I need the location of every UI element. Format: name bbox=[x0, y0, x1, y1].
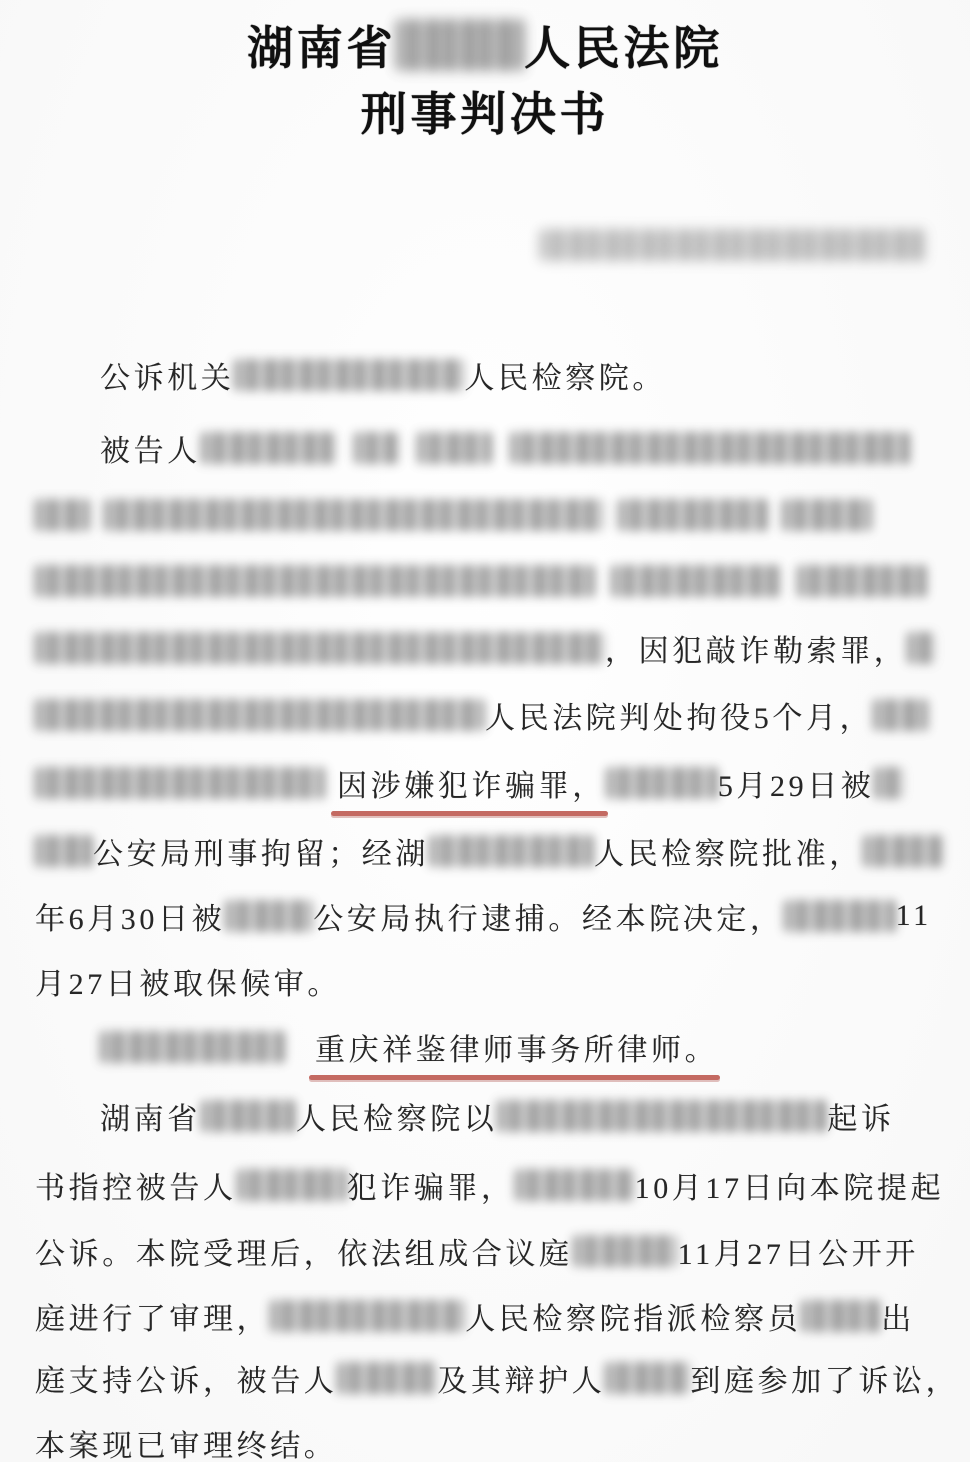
redacted-blur-block bbox=[573, 1235, 678, 1267]
indictment-line-3: 公诉。本院受理后，依法组成合议庭11月27日公开开 bbox=[35, 1228, 919, 1274]
redacted-blur-block bbox=[540, 229, 925, 261]
defendant-line-5: 人民法院判处拘役5个月， bbox=[35, 692, 928, 738]
text-segment: 人民检察院以 bbox=[296, 1094, 498, 1138]
spacer bbox=[768, 515, 782, 516]
indictment-line-1: 湖南省人民检察院以起诉 bbox=[100, 1093, 895, 1139]
spacer bbox=[595, 581, 611, 582]
text-segment: 11月27日公开开 bbox=[678, 1229, 919, 1273]
redacted-blur-block bbox=[35, 632, 605, 664]
indictment-line-4: 庭进行了审理，人民检察院指派检察员出 bbox=[35, 1293, 915, 1339]
defendant-line-8: 年6月30日被公安局执行逮捕。经本院决定，11 bbox=[35, 893, 932, 939]
redacted-blur-block bbox=[337, 1362, 437, 1394]
text-segment: 湖南省 bbox=[247, 12, 396, 78]
text-segment: 人民检察院批准， bbox=[594, 829, 863, 873]
redacted-blur-block bbox=[497, 1100, 827, 1132]
redacted-blur-block bbox=[874, 767, 904, 799]
redacted-blur-block bbox=[429, 835, 594, 867]
defendant-line-3 bbox=[35, 558, 927, 604]
defendant-line-1: 被告人 bbox=[100, 425, 910, 471]
redacted-blur-block bbox=[270, 1300, 465, 1332]
redacted-blur-block bbox=[801, 1300, 881, 1332]
redacted-blur-block bbox=[907, 632, 935, 664]
redacted-blur-block bbox=[225, 900, 313, 932]
text-segment: 被告人 bbox=[100, 426, 201, 470]
redacted-blur-block bbox=[104, 499, 604, 531]
redacted-blur-block bbox=[873, 699, 928, 731]
defender-line: 重庆祥鉴律师事务所律师。 bbox=[100, 1024, 718, 1070]
redacted-blur-block bbox=[863, 835, 943, 867]
redacted-blur-block bbox=[417, 432, 492, 464]
text-segment: 及其辩护人 bbox=[437, 1356, 605, 1400]
redacted-blur-block bbox=[35, 499, 90, 531]
text-segment: 公诉机关 bbox=[100, 353, 234, 397]
text-segment: 11 bbox=[896, 899, 932, 933]
redacted-blur-block bbox=[234, 359, 464, 391]
defendant-line-4: ，因犯敲诈勒索罪， bbox=[35, 625, 935, 671]
case-number-line bbox=[540, 222, 925, 268]
redacted-blur-block bbox=[354, 432, 399, 464]
defendant-line-2 bbox=[35, 492, 872, 538]
text-segment: 公安局刑事拘留；经湖 bbox=[93, 829, 429, 873]
defendant-line-9: 月27日被取保候审。 bbox=[35, 958, 341, 1004]
redacted-blur-block bbox=[606, 767, 718, 799]
redacted-blur-block bbox=[510, 432, 910, 464]
text-segment: 书指控被告人 bbox=[35, 1163, 237, 1207]
redacted-blur-block bbox=[237, 1169, 347, 1201]
text-segment: 月27日被取保候审。 bbox=[35, 959, 341, 1003]
red-underlined-text: 重庆祥鉴律师事务所律师。 bbox=[315, 1025, 718, 1069]
indictment-line-2: 书指控被告人犯诈骗罪，10月17日向本院提起 bbox=[35, 1162, 944, 1208]
indictment-line-5: 庭支持公诉，被告人及其辩护人到庭参加了诉讼， bbox=[35, 1355, 959, 1401]
text-segment: 公诉。本院受理后，依法组成合议庭 bbox=[35, 1229, 573, 1273]
defendant-line-6: 因涉嫌犯诈骗罪，5月29日被 bbox=[35, 760, 904, 806]
spacer bbox=[90, 515, 104, 516]
defendant-line-7: 公安局刑事拘留；经湖人民检察院批准， bbox=[35, 828, 943, 874]
redacted-blur-block bbox=[35, 699, 485, 731]
spacer bbox=[336, 448, 354, 449]
prosecution-organ-line: 公诉机关人民检察院。 bbox=[100, 352, 666, 398]
redacted-blur-block bbox=[35, 767, 325, 799]
redacted-blur-block bbox=[611, 565, 781, 597]
redacted-blur-block bbox=[515, 1169, 635, 1201]
text-segment: 本案现已审理终结。 bbox=[35, 1421, 337, 1462]
redacted-blur-block bbox=[35, 835, 93, 867]
judgment-document-page: 湖南省人民法院刑事判决书公诉机关人民检察院。被告人，因犯敲诈勒索罪，人民法院判处… bbox=[0, 0, 970, 1462]
spacer bbox=[285, 1047, 315, 1048]
text-segment: 年6月30日被 bbox=[35, 894, 225, 938]
spacer bbox=[781, 581, 797, 582]
text-segment: 犯诈骗罪， bbox=[347, 1163, 515, 1207]
doc-type-title-line: 刑事判决书 bbox=[0, 88, 970, 134]
redacted-blur-block bbox=[35, 565, 595, 597]
text-segment: 人民法院 bbox=[524, 12, 723, 78]
text-segment: 庭支持公诉，被告人 bbox=[35, 1356, 337, 1400]
text-segment: 5月29日被 bbox=[718, 761, 875, 805]
text-segment: 到庭参加了诉讼， bbox=[690, 1356, 959, 1400]
text-segment: 出 bbox=[881, 1294, 915, 1338]
text-segment: 庭进行了审理， bbox=[35, 1294, 270, 1338]
text-segment: 湖南省 bbox=[100, 1094, 201, 1138]
text-segment: 起诉 bbox=[827, 1094, 894, 1138]
text-segment: 人民法院判处拘役5个月， bbox=[485, 693, 873, 737]
spacer bbox=[604, 515, 618, 516]
redacted-blur-block bbox=[784, 900, 896, 932]
red-underlined-text: 因涉嫌犯诈骗罪， bbox=[337, 761, 606, 805]
redacted-blur-block bbox=[605, 1362, 690, 1394]
redacted-blur-block bbox=[797, 565, 927, 597]
spacer bbox=[492, 448, 510, 449]
spacer bbox=[399, 448, 417, 449]
redacted-blur-block bbox=[396, 19, 524, 71]
closing-line: 本案现已审理终结。 bbox=[35, 1420, 337, 1462]
text-segment: 公安局执行逮捕。经本院决定， bbox=[313, 894, 783, 938]
redacted-blur-block bbox=[618, 499, 768, 531]
redacted-blur-block bbox=[782, 499, 872, 531]
text-segment: 人民检察院。 bbox=[464, 353, 666, 397]
text-segment: 人民检察院指派检察员 bbox=[465, 1294, 801, 1338]
text-segment: 10月17日向本院提起 bbox=[635, 1163, 945, 1207]
redacted-blur-block bbox=[201, 432, 336, 464]
redacted-blur-block bbox=[201, 1100, 296, 1132]
spacer bbox=[325, 783, 337, 784]
redacted-blur-block bbox=[100, 1031, 285, 1063]
text-segment: 刑事判决书 bbox=[361, 78, 609, 144]
text-segment: ，因犯敲诈勒索罪， bbox=[605, 626, 907, 670]
court-title-line: 湖南省人民法院 bbox=[0, 22, 970, 68]
